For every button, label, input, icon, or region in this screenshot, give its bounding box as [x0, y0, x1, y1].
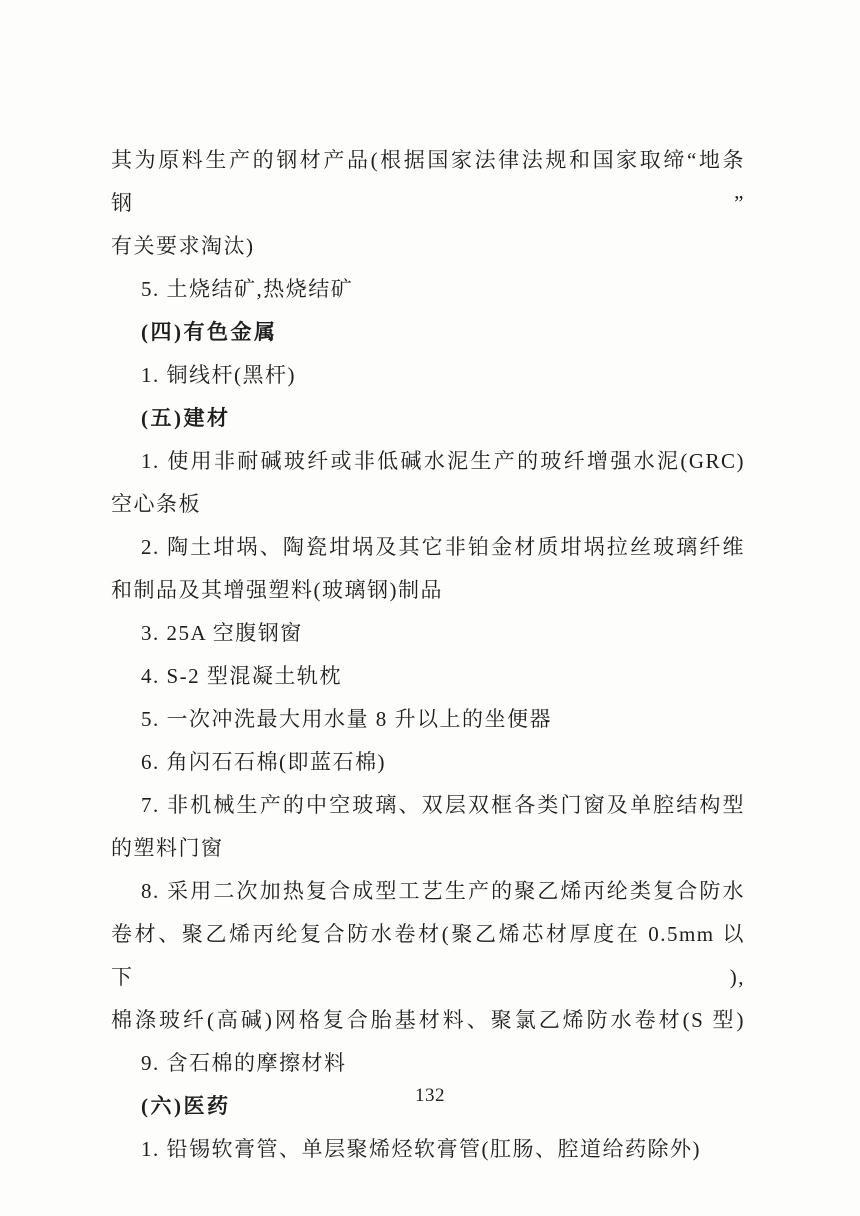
doc-list-item: 4. S-2 型混凝土轨枕: [111, 655, 745, 698]
doc-line-wrap-end: 棉涤玻纤(高碱)网格复合胎基材料、聚氯乙烯防水卷材(S 型): [111, 999, 745, 1042]
document-page: 其为原料生产的钢材产品(根据国家法律法规和国家取缔“地条钢” 有关要求淘汰) 5…: [0, 0, 860, 1216]
doc-line-wrap-end: 的塑料门窗: [111, 827, 745, 870]
document-body: 其为原料生产的钢材产品(根据国家法律法规和国家取缔“地条钢” 有关要求淘汰) 5…: [111, 139, 745, 1171]
doc-list-item: 8. 采用二次加热复合成型工艺生产的聚乙烯丙纶类复合防水: [111, 870, 745, 913]
doc-list-item: 1. 使用非耐碱玻纤或非低碱水泥生产的玻纤增强水泥(GRC): [111, 440, 745, 483]
doc-line-wrap-end: 和制品及其增强塑料(玻璃钢)制品: [111, 569, 745, 612]
doc-list-item: 7. 非机械生产的中空玻璃、双层双框各类门窗及单腔结构型: [111, 784, 745, 827]
doc-list-item: 5. 一次冲洗最大用水量 8 升以上的坐便器: [111, 698, 745, 741]
doc-list-item: 3. 25A 空腹钢窗: [111, 612, 745, 655]
doc-line-wrap-end: 有关要求淘汰): [111, 225, 745, 268]
doc-list-item: 2. 陶土坩埚、陶瓷坩埚及其它非铂金材质坩埚拉丝玻璃纤维: [111, 526, 745, 569]
doc-section-heading: (四)有色金属: [111, 311, 745, 354]
doc-list-item: 5. 土烧结矿,热烧结矿: [111, 268, 745, 311]
doc-line-wrap-end: 空心条板: [111, 483, 745, 526]
doc-line-wrap-continuation: 卷材、聚乙烯丙纶复合防水卷材(聚乙烯芯材厚度在 0.5mm 以下),: [111, 913, 745, 999]
doc-list-item: 9. 含石棉的摩擦材料: [111, 1042, 745, 1085]
doc-list-item: 1. 铅锡软膏管、单层聚烯烃软膏管(肛肠、腔道给药除外): [111, 1128, 745, 1171]
page-number: 132: [0, 1083, 860, 1109]
doc-list-item: 6. 角闪石石棉(即蓝石棉): [111, 741, 745, 784]
doc-section-heading: (五)建材: [111, 397, 745, 440]
doc-list-item: 1. 铜线杆(黑杆): [111, 354, 745, 397]
doc-line-wrap-continuation: 其为原料生产的钢材产品(根据国家法律法规和国家取缔“地条钢”: [111, 139, 745, 225]
